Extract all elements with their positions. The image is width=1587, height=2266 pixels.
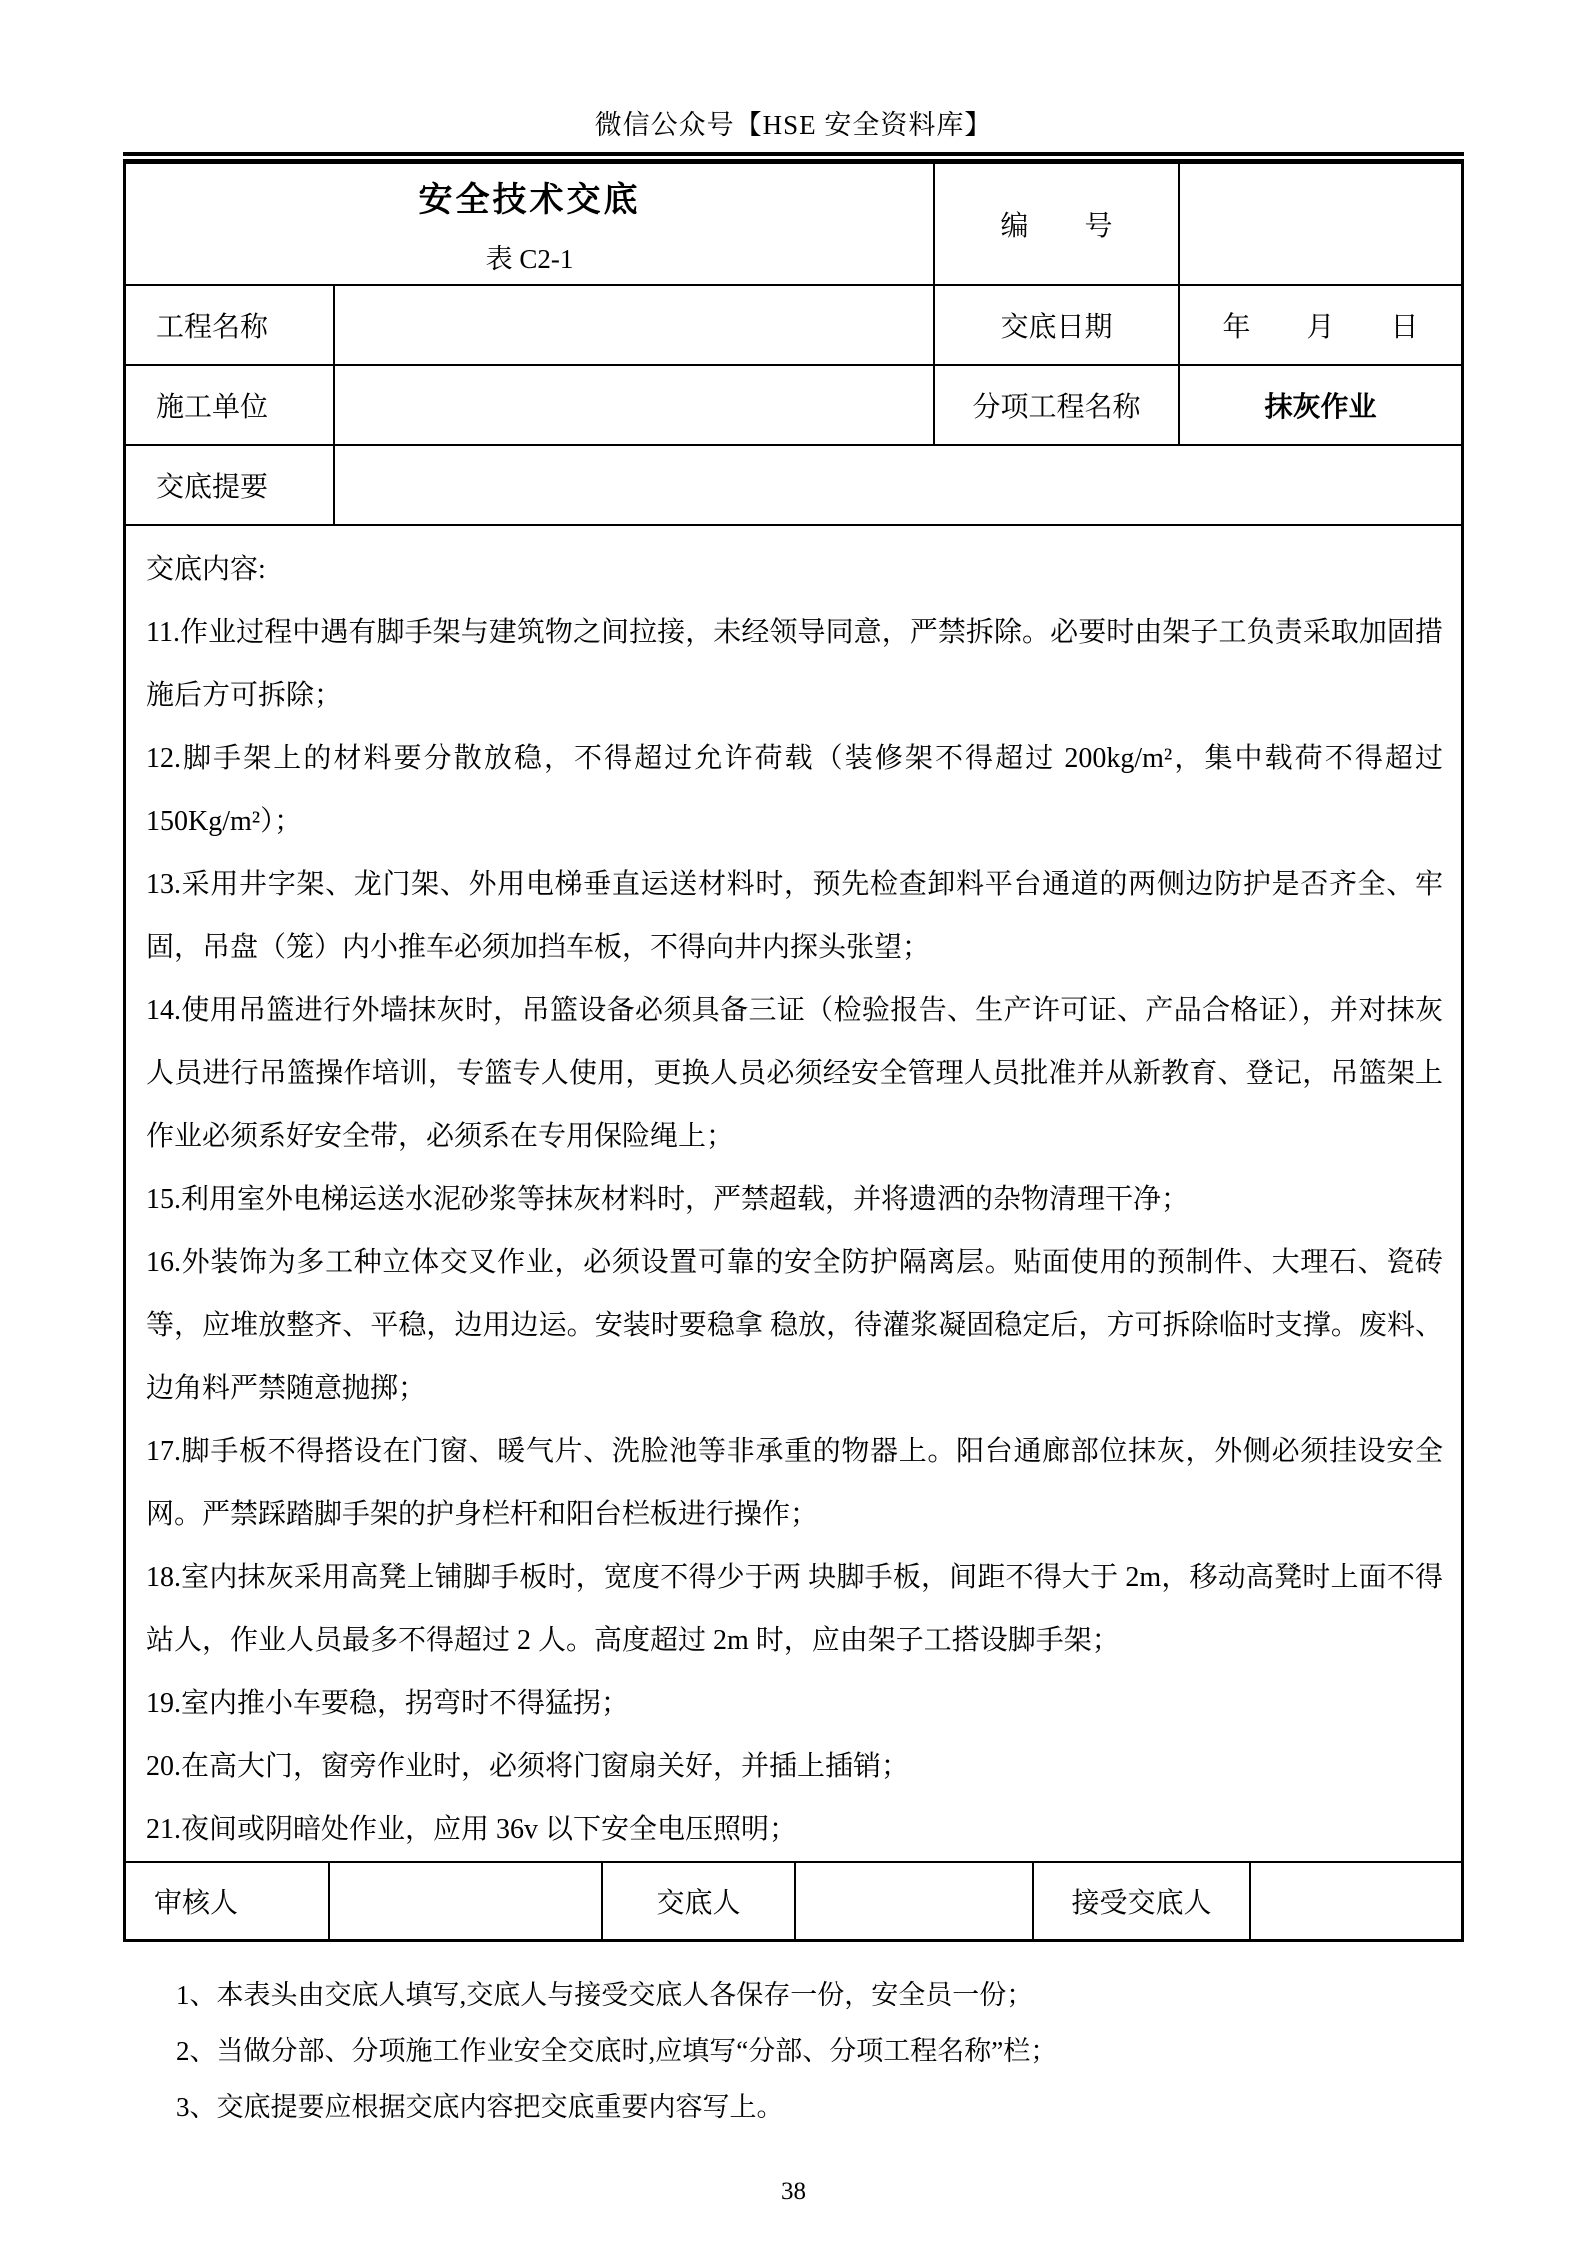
unit-value — [333, 366, 933, 444]
form-subtitle: 表 C2-1 — [486, 237, 574, 276]
footnote: 1、本表头由交底人填写,交底人与接受交底人各保存一份，安全员一份； — [176, 1968, 1587, 2024]
discloser-value — [794, 1863, 1032, 1939]
content-item: 13.采用井字架、龙门架、外用电梯垂直运送材料时，预先检查卸料平台通道的两侧边防… — [146, 853, 1443, 979]
content-item: 12.脚手架上的材料要分散放稳，不得超过允许荷载（装修架不得超过 200kg/m… — [146, 727, 1443, 853]
form-table: 安全技术交底 表 C2-1 编 号 工程名称 交底日期 年 月 日 施工单位 分… — [123, 161, 1464, 1942]
unit-row: 施工单位 分项工程名称 抹灰作业 — [126, 364, 1461, 444]
title-row: 安全技术交底 表 C2-1 编 号 — [126, 164, 1461, 284]
content-item: 14.使用吊篮进行外墙抹灰时，吊篮设备必须具备三证（检验报告、生产许可证、产品合… — [146, 979, 1443, 1168]
content-item: 11.作业过程中遇有脚手架与建筑物之间拉接，未经领导同意，严禁拆除。必要时由架子… — [146, 601, 1443, 727]
double-rule — [123, 152, 1464, 161]
date-label: 交底日期 — [933, 286, 1178, 364]
subproject-label: 分项工程名称 — [933, 366, 1178, 444]
summary-row: 交底提要 — [126, 444, 1461, 524]
content-cell: 交底内容: 11.作业过程中遇有脚手架与建筑物之间拉接，未经领导同意，严禁拆除。… — [126, 526, 1461, 1861]
footnote: 3、交底提要应根据交底内容把交底重要内容写上。 — [176, 2080, 1587, 2136]
number-value — [1178, 164, 1461, 284]
footnotes: 1、本表头由交底人填写,交底人与接受交底人各保存一份，安全员一份； 2、当做分部… — [176, 1968, 1587, 2136]
project-name-value — [333, 286, 933, 364]
summary-value — [333, 446, 1461, 524]
content-item: 20.在高大门，窗旁作业时，必须将门窗扇关好，并插上插销； — [146, 1735, 1443, 1798]
content-item: 15.利用室外电梯运送水泥砂浆等抹灰材料时，严禁超载，并将遗洒的杂物清理干净； — [146, 1168, 1443, 1231]
content-row: 交底内容: 11.作业过程中遇有脚手架与建筑物之间拉接，未经领导同意，严禁拆除。… — [126, 524, 1461, 1861]
reviewer-label: 审核人 — [126, 1863, 328, 1939]
content-item: 18.室内抹灰采用高凳上铺脚手板时，宽度不得少于两 块脚手板，间距不得大于 2m… — [146, 1546, 1443, 1672]
subproject-value: 抹灰作业 — [1178, 366, 1461, 444]
summary-label: 交底提要 — [126, 446, 333, 524]
unit-label: 施工单位 — [126, 366, 333, 444]
form-title: 安全技术交底 — [419, 172, 641, 221]
project-name-label: 工程名称 — [126, 286, 333, 364]
footnote: 2、当做分部、分项施工作业安全交底时,应填写“分部、分项工程名称”栏； — [176, 2024, 1587, 2080]
signature-row: 审核人 交底人 接受交底人 — [126, 1861, 1461, 1939]
content-heading: 交底内容: — [146, 538, 1443, 601]
page-number: 38 — [0, 2178, 1587, 2266]
content-item: 21.夜间或阴暗处作业，应用 36v 以下安全电压照明； — [146, 1798, 1443, 1861]
receiver-label: 接受交底人 — [1032, 1863, 1249, 1939]
content-item: 17.脚手板不得搭设在门窗、暖气片、洗脸池等非承重的物器上。阳台通廊部位抹灰，外… — [146, 1420, 1443, 1546]
content-item: 19.室内推小车要稳，拐弯时不得猛拐； — [146, 1672, 1443, 1735]
title-cell: 安全技术交底 表 C2-1 — [126, 164, 933, 284]
receiver-value — [1249, 1863, 1461, 1939]
content-item: 16.外装饰为多工种立体交叉作业，必须设置可靠的安全防护隔离层。贴面使用的预制件… — [146, 1231, 1443, 1420]
reviewer-value — [328, 1863, 601, 1939]
date-value: 年 月 日 — [1178, 286, 1461, 364]
number-label: 编 号 — [933, 164, 1178, 284]
project-name-row: 工程名称 交底日期 年 月 日 — [126, 284, 1461, 364]
page-header: 微信公众号【HSE 安全资料库】 — [0, 0, 1587, 142]
discloser-label: 交底人 — [601, 1863, 794, 1939]
